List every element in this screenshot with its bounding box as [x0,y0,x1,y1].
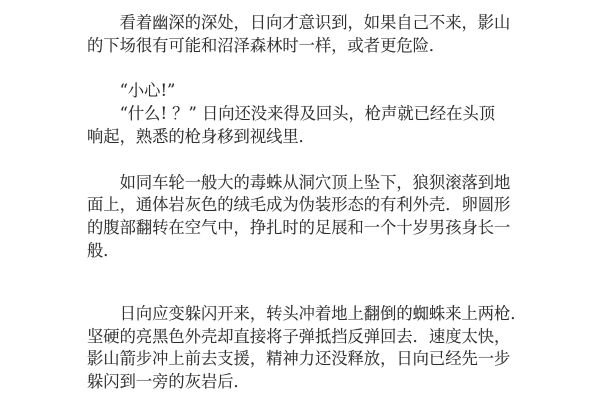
text-line: 如同车轮一般大的毒蛛从洞穴顶上坠下，狼狈滚落到地 [87,172,527,195]
text-line: 般． [87,240,527,263]
paragraph: “什么! ？” 日向还没来得及回头，枪声就已经在头顶响起，熟悉的枪身移到视线里． [87,103,527,149]
text-block: 看着幽深的深处，日向才意识到，如果自己不来，影山的下场很有可能和沼泽森林时一样，… [87,12,527,394]
paragraph: 看着幽深的深处，日向才意识到，如果自己不来，影山的下场很有可能和沼泽森林时一样，… [87,12,527,58]
text-line: 的下场很有可能和沼泽森林时一样，或者更危险． [87,35,527,58]
text-line: 的腹部翻转在空气中，挣扎时的足展和一个十岁男孩身长一 [87,217,527,240]
text-line: 日向应变躲闪开来，转头冲着地上翻倒的蜘蛛来上两枪． [87,303,527,326]
text-line: 看着幽深的深处，日向才意识到，如果自己不来，影山 [87,12,527,35]
paragraph: 如同车轮一般大的毒蛛从洞穴顶上坠下，狼狈滚落到地面上，通体岩灰色的绒毛成为伪装形… [87,172,527,263]
paragraph: “小心!” [87,80,527,103]
paragraph: 日向应变躲闪开来，转头冲着地上翻倒的蜘蛛来上两枪．坚硬的亮黑色外壳却直接将子弹抵… [87,303,527,394]
text-line: “什么! ？” 日向还没来得及回头，枪声就已经在头顶 [87,103,527,126]
text-line: “小心!” [87,80,527,103]
text-line: 响起，熟悉的枪身移到视线里． [87,126,527,149]
text-line: 躲闪到一旁的灰岩后． [87,371,527,394]
text-line: 坚硬的亮黑色外壳却直接将子弹抵挡反弹回去．速度太快， [87,326,527,349]
ebook-page: 看着幽深的深处，日向才意识到，如果自己不来，影山的下场很有可能和沼泽森林时一样，… [0,0,600,400]
text-line: 面上，通体岩灰色的绒毛成为伪装形态的有利外壳．卵圆形 [87,194,527,217]
text-line: 影山箭步冲上前去支援，精神力还没释放，日向已经先一步 [87,348,527,371]
